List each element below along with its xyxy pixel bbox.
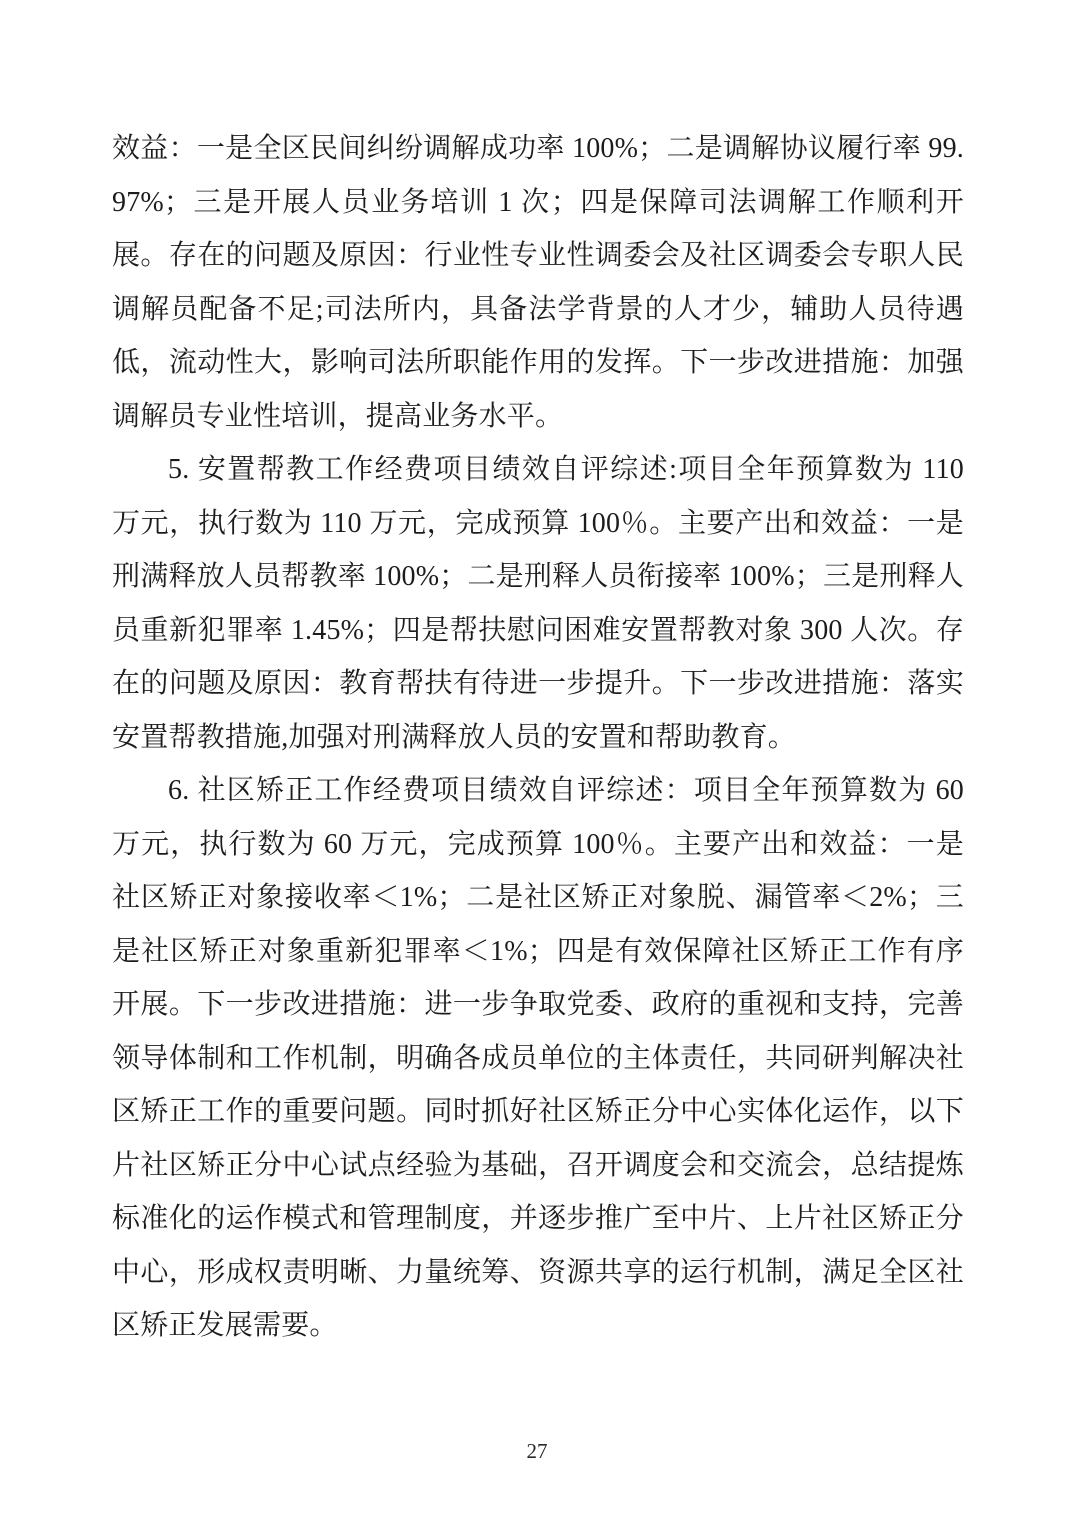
document-body: 效益：一是全区民间纠纷调解成功率 100%；二是调解协议履行率 99.97%；三… xyxy=(112,122,964,1353)
page-number: 27 xyxy=(0,1439,1074,1464)
paragraph-continuation-item4: 效益：一是全区民间纠纷调解成功率 100%；二是调解协议履行率 99.97%；三… xyxy=(112,122,964,443)
paragraph-item5: 5. 安置帮教工作经费项目绩效自评综述:项目全年预算数为 110 万元，执行数为… xyxy=(112,443,964,764)
document-page: 效益：一是全区民间纠纷调解成功率 100%；二是调解协议履行率 99.97%；三… xyxy=(0,0,1074,1520)
paragraph-item6: 6. 社区矫正工作经费项目绩效自评综述：项目全年预算数为 60 万元，执行数为 … xyxy=(112,764,964,1353)
